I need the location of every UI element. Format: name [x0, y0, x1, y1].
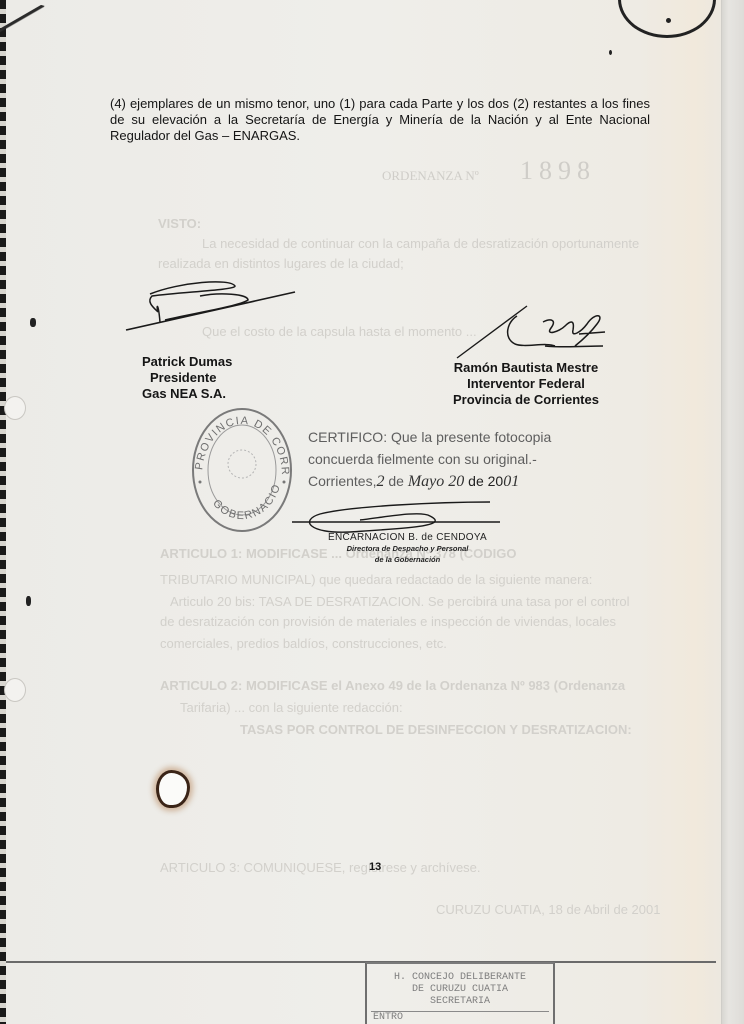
signatory-name: Patrick Dumas: [142, 354, 232, 370]
certification-line-2: concuerda fielmente con su original.-: [308, 448, 551, 470]
ghost-line: Articulo 20 bis: TASA DE DESRATIZACION. …: [170, 594, 630, 609]
certifier-name: ENCARNACION B. de CENDOYA: [328, 532, 487, 543]
ink-speck: [26, 596, 31, 606]
ink-dot: [609, 50, 612, 55]
ghost-line: TASAS POR CONTROL DE DESINFECCION Y DESR…: [240, 722, 632, 737]
ghost-line: ARTICULO 3: COMUNIQUESE, regístrese y ar…: [160, 860, 481, 875]
punch-hole: [4, 678, 26, 702]
stamp-line-4: ENTRO: [367, 1012, 553, 1024]
handwritten-day: 2: [376, 473, 384, 490]
page-number: 13: [369, 861, 381, 873]
certification-year-prefix: de 20: [468, 473, 503, 489]
certification-line-3: Corrientes,2 de Mayo 20 de 2001: [308, 470, 551, 493]
certifier-role-2: de la Gobernación: [328, 554, 487, 565]
ink-speck: [30, 318, 36, 327]
certification-city: Corrientes,: [308, 473, 376, 489]
ghost-line: Tarifaria) ... con la siguiente redacció…: [180, 700, 403, 715]
ghost-line: CURUZU CUATIA, 18 de Abril de 2001: [436, 902, 660, 917]
stamp-line-2: DE CURUZU CUATIA: [367, 984, 553, 996]
certification-de: de: [388, 473, 404, 489]
bottom-rule: [6, 961, 716, 963]
signatory-block-mestre: Ramón Bautista Mestre Interventor Federa…: [453, 360, 599, 408]
certifier-role: Directora de Despacho y Personal: [328, 543, 487, 554]
ghost-visto: VISTO:: [158, 216, 201, 231]
signatory-title: Interventor Federal: [453, 376, 599, 392]
ghost-ordinance-label: ORDENANZA Nº: [382, 168, 479, 184]
signatory-title: Presidente: [142, 370, 232, 386]
ghost-line: La necesidad de continuar con la campaña…: [202, 236, 639, 251]
government-seal: PROVINCIA DE CORRIENTES GOBERNACION: [190, 406, 294, 534]
document-page: ORDENANZA Nº 1898 VISTO: La necesidad de…: [0, 0, 724, 1024]
signature-dumas: [120, 272, 310, 332]
signatory-name: Ramón Bautista Mestre: [453, 360, 599, 376]
burn-hole: [156, 770, 190, 808]
certifier-block: ENCARNACION B. de CENDOYA Directora de D…: [328, 532, 487, 565]
handwritten-year: 01: [503, 473, 519, 490]
signature-mestre: [455, 302, 625, 362]
corner-mark: [0, 0, 44, 44]
signatory-organization: Gas NEA S.A.: [142, 386, 232, 402]
reception-stamp: H. CONCEJO DELIBERANTE DE CURUZU CUATIA …: [365, 962, 555, 1024]
stamp-line-3: SECRETARIA: [367, 996, 553, 1008]
ghost-line: realizada en distintos lugares de la ciu…: [158, 256, 404, 271]
signature-cendoya: [290, 496, 510, 536]
ghost-line: ARTICULO 2: MODIFICASE el Anexo 49 de la…: [160, 678, 625, 693]
ghost-ordinance-number: 1898: [520, 156, 596, 186]
ghost-line: TRIBUTARIO MUNICIPAL) que quedara redact…: [160, 572, 592, 587]
spiral-binding: [0, 0, 6, 1024]
certification-line-1: CERTIFICO: Que la presente fotocopia: [308, 426, 551, 448]
punch-hole: [4, 396, 26, 420]
signatory-organization: Provincia de Corrientes: [453, 392, 599, 408]
closing-paragraph: (4) ejemplares de un mismo tenor, uno (1…: [110, 96, 650, 144]
stamp-line-1: H. CONCEJO DELIBERANTE: [367, 972, 553, 984]
ink-dot: [666, 18, 671, 23]
certification-block: CERTIFICO: Que la presente fotocopia con…: [308, 426, 551, 493]
handwritten-month: Mayo 20: [408, 473, 464, 490]
page-edge: [721, 0, 744, 1024]
ghost-line: comerciales, predios baldíos, construcci…: [160, 636, 447, 651]
signatory-block-dumas: Patrick Dumas Presidente Gas NEA S.A.: [142, 354, 232, 402]
ghost-line: de desratización con provisión de materi…: [160, 614, 616, 629]
